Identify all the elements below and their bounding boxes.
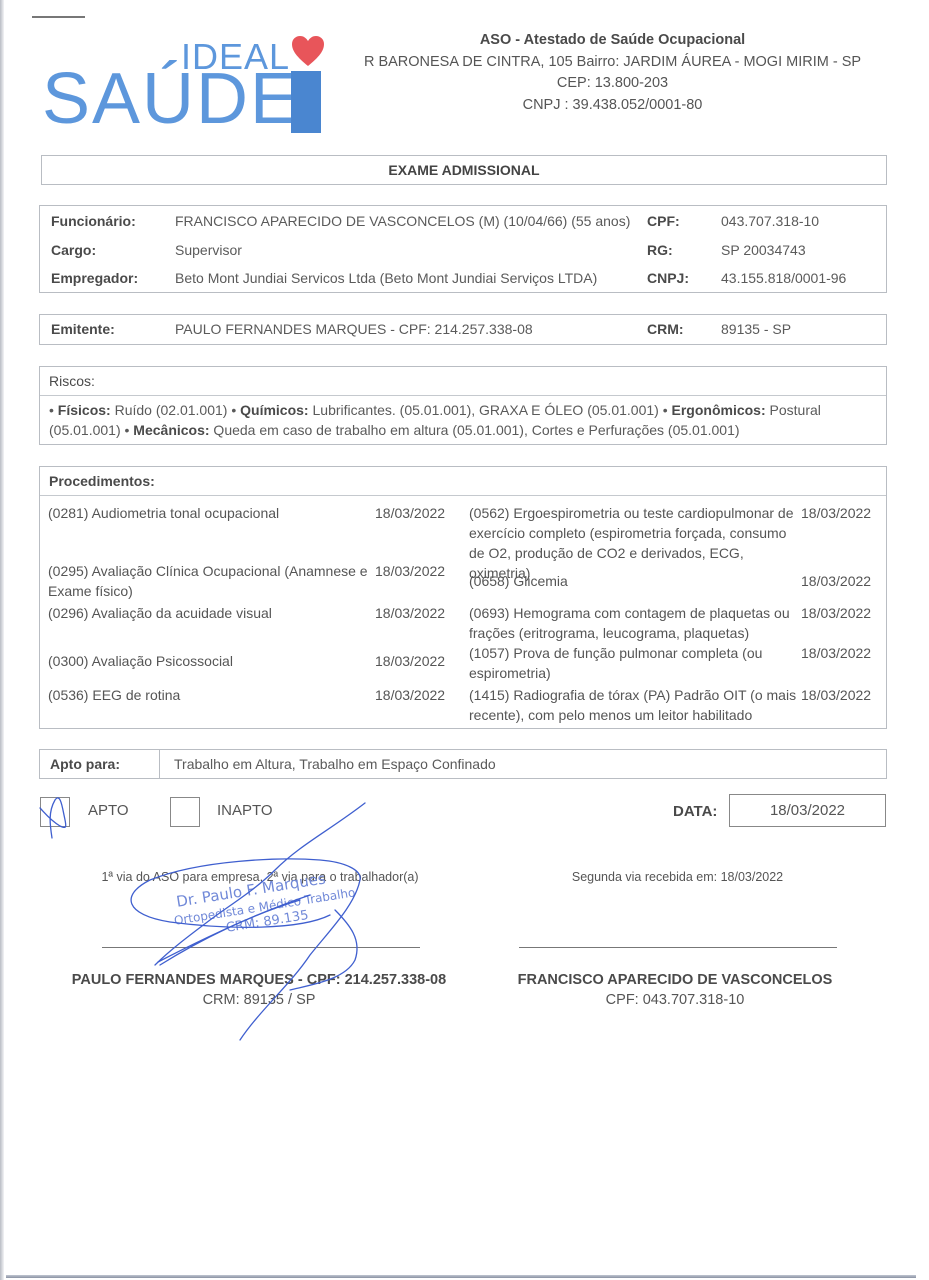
scan-edge-bottom <box>6 1275 916 1278</box>
ideal-saude-logo: IDEAL SAÚDE <box>42 35 332 140</box>
inapto-label: INAPTO <box>217 802 273 819</box>
procedure-date: 18/03/2022 <box>375 685 445 705</box>
cargo-label: Cargo: <box>51 242 96 258</box>
fit-for-label: Apto para: <box>40 750 160 778</box>
procedure-name: (0536) EEG de rotina <box>48 685 373 705</box>
procedure-date: 18/03/2022 <box>375 603 445 623</box>
scan-mark <box>32 16 85 18</box>
procedure-date: 18/03/2022 <box>375 503 445 523</box>
procedure-name: (0296) Avaliação da acuidade visual <box>48 603 373 623</box>
cnpj-label: CNPJ: <box>647 270 689 286</box>
procedure-date: 18/03/2022 <box>375 561 445 581</box>
clinic-address: R BARONESA DE CINTRA, 105 Bairro: JARDIM… <box>345 52 880 74</box>
document-title: ASO - Atestado de Saúde Ocupacional <box>345 30 880 52</box>
funcionario-label: Funcionário: <box>51 213 136 229</box>
doctor-crm: CRM: 89135 / SP <box>50 992 468 1008</box>
emitente-label: Emitente: <box>51 321 115 337</box>
fit-for-box: Apto para: Trabalho em Altura, Trabalho … <box>39 749 887 779</box>
logo-word-saude: SAÚDE <box>42 63 300 135</box>
clinic-header: ASO - Atestado de Saúde Ocupacional R BA… <box>345 30 880 116</box>
risk-category: Químicos: <box>240 402 308 418</box>
doctor-name: PAULO FERNANDES MARQUES - CPF: 214.257.3… <box>50 972 468 988</box>
procedure-name: (1057) Prova de função pulmonar completa… <box>469 643 799 683</box>
cnpj-value: 43.155.818/0001-96 <box>721 270 846 286</box>
procedure-date: 18/03/2022 <box>375 651 445 671</box>
procedure-name: (0693) Hemograma com contagem de plaquet… <box>469 603 799 643</box>
procedure-date: 18/03/2022 <box>801 603 871 623</box>
emitente-value: PAULO FERNANDES MARQUES - CPF: 214.257.3… <box>175 321 533 337</box>
rg-label: RG: <box>647 242 673 258</box>
procedure-date: 18/03/2022 <box>801 643 871 663</box>
risk-category: Mecânicos: <box>133 422 209 438</box>
worker-cpf: CPF: 043.707.318-10 <box>490 992 860 1008</box>
risks-box: Riscos: • Físicos: Ruído (02.01.001) • Q… <box>39 366 887 445</box>
procedures-box: Procedimentos: (0281) Audiometria tonal … <box>39 466 887 729</box>
apto-label: APTO <box>88 802 129 819</box>
risks-title: Riscos: <box>40 367 886 396</box>
rg-value: SP 20034743 <box>721 242 806 258</box>
procedure-date: 18/03/2022 <box>801 503 871 523</box>
worker-name: FRANCISCO APARECIDO DE VASCONCELOS <box>490 972 860 988</box>
procedure-name: (0658) Glicemia <box>469 571 799 591</box>
risk-category: Físicos: <box>58 402 111 418</box>
crm-label: CRM: <box>647 321 684 337</box>
worker-signature-line <box>519 947 837 948</box>
risk-item: • Mecânicos: Queda em caso de trabalho e… <box>121 422 740 438</box>
data-field[interactable]: 18/03/2022 <box>729 794 886 827</box>
procedure-name: (0281) Audiometria tonal ocupacional <box>48 503 373 523</box>
risk-item: • Físicos: Ruído (02.01.001) <box>49 402 227 418</box>
logo-figure-icon <box>291 71 321 133</box>
procedure-name: (0295) Avaliação Clínica Ocupacional (An… <box>48 561 373 601</box>
empregador-label: Empregador: <box>51 270 138 286</box>
clinic-cep: CEP: 13.800-203 <box>345 73 880 95</box>
doctor-signature-line <box>102 947 420 948</box>
procedure-date: 18/03/2022 <box>801 571 871 591</box>
second-copy-note: Segunda via recebida em: 18/03/2022 <box>490 870 865 884</box>
risk-category: Ergonômicos: <box>672 402 766 418</box>
scan-edge-left <box>0 0 4 1280</box>
issuer-box: Emitente: PAULO FERNANDES MARQUES - CPF:… <box>39 314 887 345</box>
risks-list: • Físicos: Ruído (02.01.001) • Químicos:… <box>40 396 886 444</box>
inapto-checkbox[interactable] <box>170 797 200 827</box>
exam-type-title: EXAME ADMISSIONAL <box>41 155 887 185</box>
fit-for-value: Trabalho em Altura, Trabalho em Espaço C… <box>174 756 496 772</box>
empregador-value: Beto Mont Jundiai Servicos Ltda (Beto Mo… <box>175 270 597 286</box>
procedure-date: 18/03/2022 <box>801 685 871 705</box>
cpf-value: 043.707.318-10 <box>721 213 819 229</box>
crm-value: 89135 - SP <box>721 321 791 337</box>
clinic-cnpj: CNPJ : 39.438.052/0001-80 <box>345 95 880 117</box>
funcionario-value: FRANCISCO APARECIDO DE VASCONCELOS (M) (… <box>175 213 630 229</box>
risk-item: • Químicos: Lubrificantes. (05.01.001), … <box>227 402 658 418</box>
apto-checkbox[interactable] <box>40 797 70 827</box>
procedure-name: (0300) Avaliação Psicossocial <box>48 651 373 671</box>
employee-info-box: Funcionário: FRANCISCO APARECIDO DE VASC… <box>39 205 887 293</box>
data-label: DATA: <box>673 803 717 820</box>
procedures-title: Procedimentos: <box>40 467 886 496</box>
cargo-value: Supervisor <box>175 242 242 258</box>
procedure-name: (1415) Radiografia de tórax (PA) Padrão … <box>469 685 799 725</box>
cpf-label: CPF: <box>647 213 680 229</box>
